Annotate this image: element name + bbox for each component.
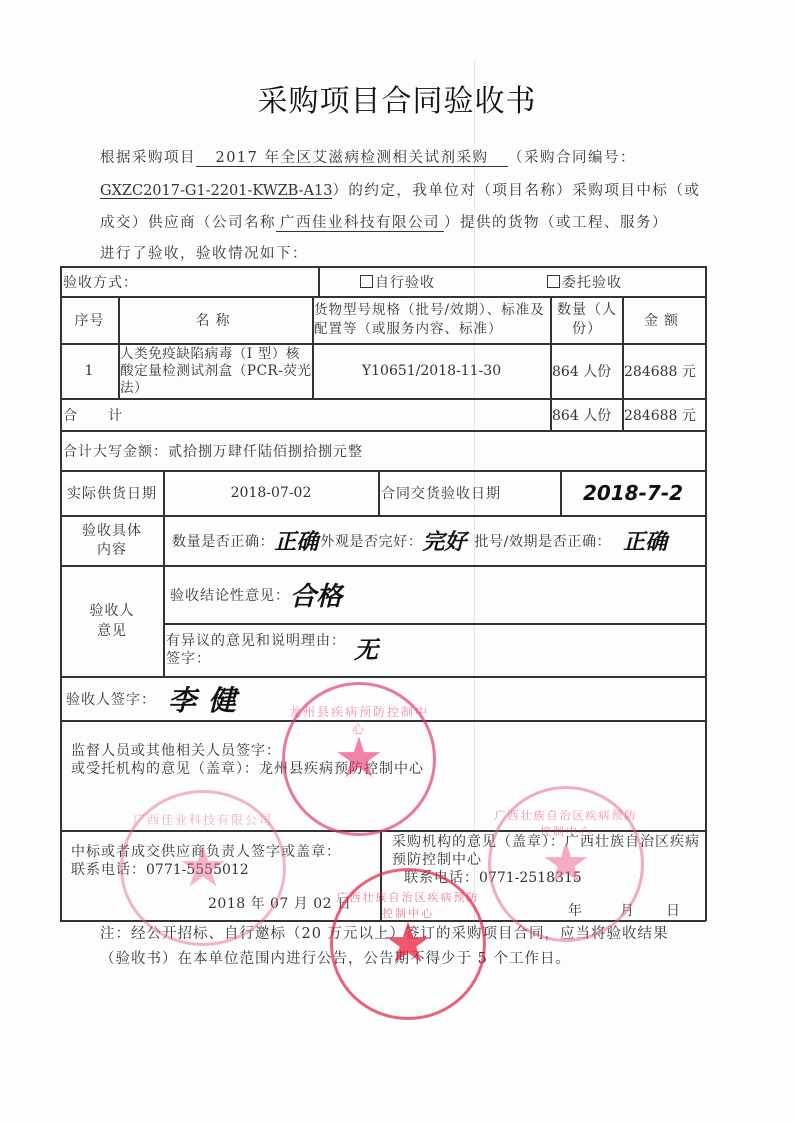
self-inspection-checkbox[interactable] — [360, 275, 373, 288]
opinion-label: 验收人意见 — [61, 566, 163, 676]
conclusion-value: 合格 — [290, 576, 342, 613]
stamp-text: 广西佳业科技有限公司 — [123, 811, 283, 828]
inspector-signature-label: 验收人签字： — [66, 689, 156, 709]
purchaser-date-month: 月 — [620, 900, 634, 920]
entrusted-inspection-label: 委托验收 — [562, 272, 622, 292]
purchaser-phone: 0771-2518315 — [479, 870, 582, 886]
content-checks: 数量是否正确： 正确 外观是否完好： 完好 批号/效期是否正确： 正确 — [172, 516, 705, 565]
intro-prefix: 根据采购项目 — [100, 150, 196, 166]
self-inspection-label: 自行验收 — [375, 272, 435, 292]
intro-line-2-text: ）的约定，我单位对（项目名称）采购项目中标（或 — [332, 183, 700, 199]
supervision-line-2-label: 或受托机构的意见（盖章）： — [71, 761, 259, 777]
header-name: 名称 — [119, 297, 312, 343]
appearance-check-value: 完好 — [422, 525, 466, 556]
supplier-phone: 0771-5555012 — [146, 862, 249, 878]
supplier-date: 2018 年 07 月 02 日 — [208, 893, 352, 913]
supplier-sign-label: 中标或者成交供应商负责人签字或盖章： — [71, 843, 341, 861]
qty-check-value: 正确 — [274, 525, 318, 556]
total-qty: 864 人份 — [552, 399, 622, 430]
batch-check-value: 正确 — [623, 525, 667, 556]
intro-suffix: （采购合同编号： — [508, 150, 636, 166]
purchaser-date-day: 日 — [666, 900, 680, 920]
intro-line-3-prefix: 成交）供应商（公司名称 — [100, 215, 276, 231]
row-1-amount: 284688 元 — [624, 344, 705, 398]
header-spec: 货物型号规格（批号/效期）、标准及配置等（或服务内容、标准） — [314, 297, 550, 343]
objection-row: 有异议的意见和说明理由： 签字： 无 — [166, 624, 701, 676]
purchaser-opinion-label: 采购机构的意见（盖章）： — [392, 834, 565, 850]
stamp-text: 广西壮族自治区疾病预防控制中心 — [333, 889, 483, 921]
amount-in-words-value: 贰拾捌万肆仟陆佰捌拾捌元整 — [168, 441, 363, 461]
amount-in-words: 合计大写金额：贰拾捌万肆仟陆佰捌拾捌元整 — [63, 431, 703, 470]
document-title: 采购项目合同验收书 — [0, 76, 794, 120]
objection-sign-label: 签字： — [166, 650, 346, 668]
contract-acceptance-label: 合同交货验收日期 — [381, 471, 559, 515]
contract-number: GXZC2017-G1-2201-KWZB-A13 — [100, 183, 332, 199]
total-amount: 284688 元 — [624, 399, 705, 430]
supplier-name: 广西佳业科技有限公司 — [276, 216, 444, 232]
footnote-line-1: 注：经公开招标、自行邀标（20 万元以上）签订的采购项目合同，应当将验收结果 — [100, 922, 669, 947]
footnote: 注：经公开招标、自行邀标（20 万元以上）签订的采购项目合同，应当将验收结果 （… — [100, 922, 669, 972]
inspector-signature-row: 验收人签字： 李健 — [66, 677, 666, 720]
header-amount: 金额 — [623, 297, 705, 343]
purchaser-date-year: 年 — [568, 900, 582, 920]
qty-check-label: 数量是否正确： — [172, 531, 274, 551]
supplier-block: 中标或者成交供应商负责人签字或盖章： 联系电话：0771-5555012 — [71, 843, 341, 879]
intro-line-1: 根据采购项目2017 年全区艾滋病检测相关试剂采购（采购合同编号： — [100, 146, 636, 167]
entrusted-inspection-checkbox[interactable] — [547, 275, 560, 288]
footnote-line-2: （验收书）在本单位范围内进行公告，公告期不得少于 5 个工作日。 — [100, 947, 669, 972]
row-1-name: 人类免疫缺陷病毒（I 型）核酸定量检测试剂盒（PCR-荧光法） — [120, 344, 312, 398]
method-label: 验收方式： — [63, 267, 313, 296]
row-1-qty: 864 人份 — [552, 344, 622, 398]
purchaser-block: 采购机构的意见（盖章）：广西壮族自治区疾病预防控制中心 联系电话：0771-25… — [386, 833, 704, 887]
contract-acceptance-date-handwritten: 2018-7-2 — [561, 471, 705, 515]
appearance-check-label: 外观是否完好： — [320, 531, 422, 551]
intro-line-4: 进行了验收，验收情况如下： — [100, 242, 308, 263]
row-1-spec: Y10651/2018-11-30 — [313, 344, 550, 398]
header-qty: 数量（人份） — [552, 297, 622, 343]
intro-line-3: 成交）供应商（公司名称广西佳业科技有限公司）提供的货物（或工程、服务） — [100, 211, 668, 232]
amount-in-words-label: 合计大写金额： — [63, 441, 168, 461]
method-self-option[interactable]: 自行验收 — [360, 267, 480, 296]
project-name: 2017 年全区艾滋病检测相关试剂采购 — [196, 151, 508, 167]
supplier-phone-label: 联系电话： — [71, 862, 146, 878]
objection-value: 无 — [354, 641, 378, 659]
conclusion-label: 验收结论性意见： — [170, 585, 290, 605]
supervision-block: 监督人员或其他相关人员签字： 或受托机构的意见（盖章）：龙州县疾病预防控制中心 — [71, 742, 424, 778]
intro-line-2: GXZC2017-G1-2201-KWZB-A13）的约定，我单位对（项目名称）… — [100, 179, 700, 200]
actual-delivery-date: 2018-07-02 — [164, 471, 378, 515]
purchaser-phone-label: 联系电话： — [404, 870, 479, 886]
row-1-seq: 1 — [61, 344, 118, 398]
method-entrusted-option[interactable]: 委托验收 — [547, 267, 667, 296]
actual-delivery-label: 实际供货日期 — [61, 471, 163, 515]
conclusion-row: 验收结论性意见： 合格 — [170, 566, 700, 623]
supervision-org: 龙州县疾病预防控制中心 — [259, 761, 424, 777]
content-label: 验收具体内容 — [61, 516, 163, 565]
header-seq: 序号 — [61, 297, 118, 343]
batch-check-label: 批号/效期是否正确： — [474, 531, 611, 551]
supervision-line-1: 监督人员或其他相关人员签字： — [71, 742, 424, 760]
total-label: 合 计 — [63, 399, 363, 430]
intro-line-3-suffix: ）提供的货物（或工程、服务） — [444, 215, 668, 231]
inspector-signature: 李健 — [168, 679, 248, 719]
objection-label: 有异议的意见和说明理由： — [166, 632, 346, 650]
